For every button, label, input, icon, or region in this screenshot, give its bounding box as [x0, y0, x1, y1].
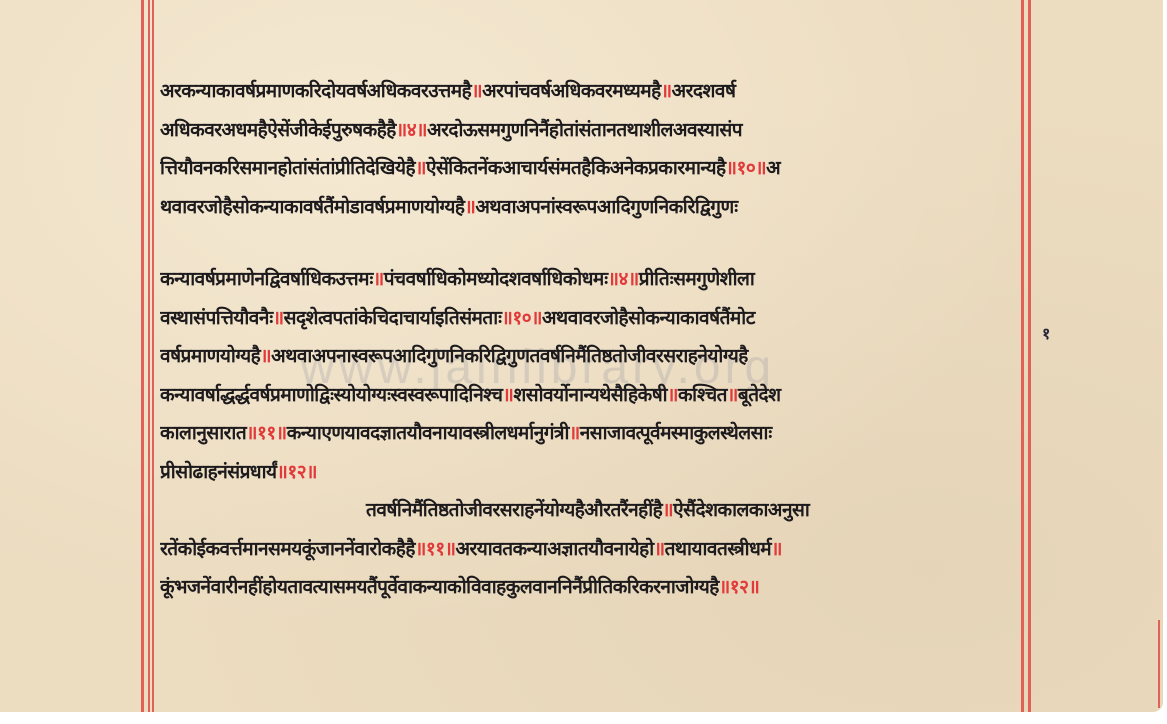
left-margin-rule	[152, 0, 154, 712]
left-margin-rule	[141, 0, 144, 712]
text-line: वर्षप्रमाणयोग्यहै॥अथवाअपनास्वरूपआदिगुणनि…	[160, 337, 1020, 376]
danda-mark: ॥१०॥	[726, 157, 767, 179]
manuscript-page: www.jainlibrary.org अरकन्याकावर्षप्रमाणक…	[0, 0, 1163, 712]
danda-mark: ॥	[654, 538, 665, 560]
text-line: कालानुसारात॥११॥कन्याएणयावदज्ञातयौवनायावस…	[160, 414, 1020, 453]
right-margin-rule	[1021, 0, 1024, 712]
text-line: अरकन्याकावर्षप्रमाणकरिदोयवर्षअधिकवरउत्तम…	[160, 72, 1020, 111]
text-block-sanskrit-verses: कन्यावर्षप्रमाणेनद्विवर्षाधिकउत्तमः॥पंचव…	[160, 260, 1020, 607]
danda-mark: ॥	[260, 345, 271, 367]
danda-mark: ॥१२॥	[277, 461, 318, 483]
text-line: त्तियौवनकरिसमानहोतांसंतांप्रीतिदेखियेहै॥…	[160, 149, 1020, 188]
danda-mark: ॥४॥	[396, 119, 427, 141]
danda-mark: ॥	[727, 384, 738, 406]
text-line: कन्यावर्षप्रमाणेनद्विवर्षाधिकउत्तमः॥पंचव…	[160, 260, 1020, 299]
danda-mark: ॥	[662, 499, 673, 521]
left-margin-rule	[148, 0, 150, 712]
text-block-hindi-commentary: अरकन्याकावर्षप्रमाणकरिदोयवर्षअधिकवरउत्तम…	[160, 72, 1020, 226]
danda-mark: ॥११॥	[415, 538, 456, 560]
danda-mark: ॥१०॥	[502, 307, 543, 329]
danda-mark: ॥	[661, 80, 672, 102]
danda-mark: ॥	[502, 384, 513, 406]
danda-mark: ॥	[373, 268, 384, 290]
right-margin-rule	[1028, 0, 1031, 712]
danda-mark: ॥	[667, 384, 678, 406]
danda-mark: ॥	[471, 80, 482, 102]
text-line: कन्यावर्षाद्धर्द्धवर्षप्रमाणोद्विःस्योयो…	[160, 376, 1020, 415]
text-line: तवर्षनिमैंतिष्ठतोजीवरसराहनेंयोग्यहैऔरतरै…	[160, 491, 1020, 530]
danda-mark: ॥	[415, 157, 426, 179]
danda-mark: ॥११॥	[246, 422, 287, 444]
danda-mark: ॥	[273, 307, 284, 329]
text-line: रतेंकोईकवर्त्तमानसमयकूंजाननेंवारोकहैहै॥१…	[160, 530, 1020, 569]
text-line: वस्थासंपत्तियौवनैः॥सदृशेत्वपतांकेचिदाचार…	[160, 299, 1020, 338]
text-line: कूंभजनेंवारीनहींहोयतावत्यासमयतैंपूर्वेवा…	[160, 568, 1020, 607]
danda-mark: ॥१२॥	[719, 576, 760, 598]
edge-rule	[1158, 620, 1160, 708]
danda-mark: ॥	[569, 422, 580, 444]
text-line: प्रीसोढाहनंसंप्रधार्यं॥१२॥	[160, 453, 1020, 492]
danda-mark: ॥	[465, 196, 476, 218]
text-line: थवावरजोहैसोकन्याकावर्षतैंमोडावर्षप्रमाणय…	[160, 188, 1020, 227]
text-line: अधिकवरअधमहैऐसेंजीकेईपुरुषकहैहै॥४॥अरदोऊसम…	[160, 111, 1020, 150]
folio-number: १	[1042, 322, 1050, 344]
danda-mark: ॥४॥	[608, 268, 639, 290]
danda-mark: ॥	[771, 538, 782, 560]
